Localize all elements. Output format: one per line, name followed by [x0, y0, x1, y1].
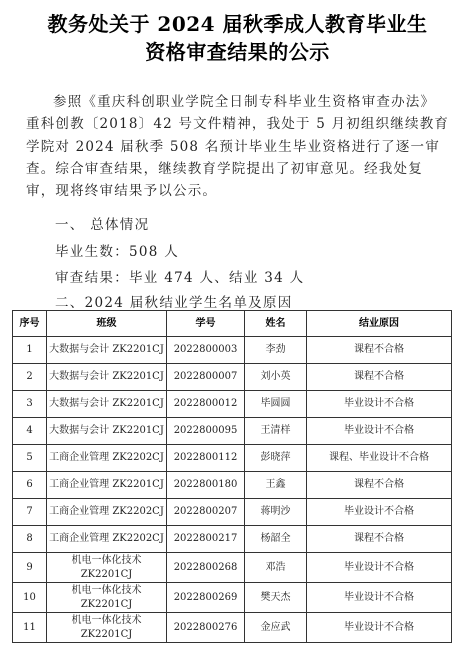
cell-no: 2 [13, 364, 47, 391]
cell-reason: 课程、毕业设计不合格 [307, 445, 452, 472]
cell-name: 王清样 [245, 418, 307, 445]
table-row: 3大数据与会计 ZK2201CJ2022800012毕圆圆毕业设计不合格 [13, 391, 452, 418]
cell-student-id: 2022800276 [167, 613, 245, 643]
class-line-1: 大数据与会计 ZK2201CJ [47, 424, 166, 438]
class-line-2: ZK2201CJ [47, 568, 166, 582]
cell-reason: 毕业设计不合格 [307, 583, 452, 613]
cell-reason: 毕业设计不合格 [307, 613, 452, 643]
cell-reason: 课程不合格 [307, 526, 452, 553]
graduates-count: 毕业生数：508 人 [55, 240, 179, 260]
cell-name: 王鑫 [245, 472, 307, 499]
cell-no: 1 [13, 337, 47, 364]
cell-student-id: 2022800012 [167, 391, 245, 418]
cell-reason: 毕业设计不合格 [307, 418, 452, 445]
cell-class: 大数据与会计 ZK2201CJ [47, 337, 167, 364]
class-line-1: 工商企业管理 ZK2202CJ [47, 451, 166, 465]
cell-class: 大数据与会计 ZK2201CJ [47, 391, 167, 418]
class-line-1: 机电一体化技术 [47, 614, 166, 628]
document-title-line-1: 教务处关于 2024 届秋季成人教育毕业生 [0, 8, 475, 37]
table-row: 2大数据与会计 ZK2201CJ2022800007刘小英课程不合格 [13, 364, 452, 391]
cell-class: 大数据与会计 ZK2201CJ [47, 418, 167, 445]
header-name: 姓名 [245, 311, 307, 337]
cell-no: 8 [13, 526, 47, 553]
table-row: 6工商企业管理 ZK2201CJ2022800180王鑫课程不合格 [13, 472, 452, 499]
class-line-1: 工商企业管理 ZK2202CJ [47, 505, 166, 519]
class-line-1: 机电一体化技术 [47, 584, 166, 598]
body-line: 学院对 2024 届秋季 508 名预计毕业生毕业资格进行了逐一审 [26, 136, 466, 158]
document-title-line-2: 资格审查结果的公示 [0, 36, 475, 65]
table-row: 11机电一体化技术ZK2201CJ2022800276金应武毕业设计不合格 [13, 613, 452, 643]
class-line-1: 工商企业管理 ZK2201CJ [47, 478, 166, 492]
cell-student-id: 2022800112 [167, 445, 245, 472]
header-no: 序号 [13, 311, 47, 337]
table-row: 1大数据与会计 ZK2201CJ2022800003李劲课程不合格 [13, 337, 452, 364]
cell-student-id: 2022800180 [167, 472, 245, 499]
cell-no: 9 [13, 553, 47, 583]
cell-class: 工商企业管理 ZK2201CJ [47, 472, 167, 499]
body-line: 参照《重庆科创职业学院全日制专科毕业生资格审查办法》 [26, 91, 466, 113]
cell-no: 10 [13, 583, 47, 613]
completion-students-table: 序号 班级 学号 姓名 结业原因 1大数据与会计 ZK2201CJ2022800… [12, 310, 452, 643]
table-row: 10机电一体化技术ZK2201CJ2022800269樊天杰毕业设计不合格 [13, 583, 452, 613]
review-result: 审查结果：毕业 474 人、结业 34 人 [55, 266, 304, 286]
cell-student-id: 2022800003 [167, 337, 245, 364]
cell-class: 工商企业管理 ZK2202CJ [47, 499, 167, 526]
cell-no: 5 [13, 445, 47, 472]
body-paragraph: 参照《重庆科创职业学院全日制专科毕业生资格审查办法》 重科创教〔2018〕42 … [26, 91, 466, 202]
cell-name: 杨韶全 [245, 526, 307, 553]
cell-student-id: 2022800007 [167, 364, 245, 391]
class-line-1: 大数据与会计 ZK2201CJ [47, 370, 166, 384]
cell-class: 机电一体化技术ZK2201CJ [47, 553, 167, 583]
header-student-id: 学号 [167, 311, 245, 337]
cell-class: 工商企业管理 ZK2202CJ [47, 445, 167, 472]
cell-student-id: 2022800268 [167, 553, 245, 583]
table-row: 7工商企业管理 ZK2202CJ2022800207蒋明沙毕业设计不合格 [13, 499, 452, 526]
cell-reason: 毕业设计不合格 [307, 553, 452, 583]
cell-student-id: 2022800207 [167, 499, 245, 526]
cell-no: 6 [13, 472, 47, 499]
cell-name: 彭晓萍 [245, 445, 307, 472]
body-line: 审，现将终审结果予以公示。 [26, 180, 466, 202]
class-line-1: 工商企业管理 ZK2202CJ [47, 532, 166, 546]
section-heading-list: 二、2024 届秋结业学生名单及原因 [55, 291, 293, 311]
class-line-2: ZK2201CJ [47, 628, 166, 642]
cell-no: 3 [13, 391, 47, 418]
cell-class: 工商企业管理 ZK2202CJ [47, 526, 167, 553]
cell-name: 樊天杰 [245, 583, 307, 613]
cell-name: 毕圆圆 [245, 391, 307, 418]
table-row: 5工商企业管理 ZK2202CJ2022800112彭晓萍课程、毕业设计不合格 [13, 445, 452, 472]
cell-reason: 毕业设计不合格 [307, 499, 452, 526]
cell-reason: 课程不合格 [307, 364, 452, 391]
cell-student-id: 2022800217 [167, 526, 245, 553]
header-class: 班级 [47, 311, 167, 337]
cell-reason: 课程不合格 [307, 472, 452, 499]
cell-name: 李劲 [245, 337, 307, 364]
class-line-2: ZK2201CJ [47, 598, 166, 612]
cell-class: 机电一体化技术ZK2201CJ [47, 613, 167, 643]
cell-name: 金应武 [245, 613, 307, 643]
cell-name: 蒋明沙 [245, 499, 307, 526]
table-row: 8工商企业管理 ZK2202CJ2022800217杨韶全课程不合格 [13, 526, 452, 553]
cell-reason: 毕业设计不合格 [307, 391, 452, 418]
table-row: 9机电一体化技术ZK2201CJ2022800268邓浩毕业设计不合格 [13, 553, 452, 583]
table-row: 4大数据与会计 ZK2201CJ2022800095王清样毕业设计不合格 [13, 418, 452, 445]
cell-student-id: 2022800095 [167, 418, 245, 445]
cell-class: 大数据与会计 ZK2201CJ [47, 364, 167, 391]
class-line-1: 机电一体化技术 [47, 554, 166, 568]
body-line: 查。综合审查结果，继续教育学院提出了初审意见。经我处复 [26, 158, 466, 180]
cell-student-id: 2022800269 [167, 583, 245, 613]
cell-reason: 课程不合格 [307, 337, 452, 364]
header-reason: 结业原因 [307, 311, 452, 337]
cell-no: 11 [13, 613, 47, 643]
cell-class: 机电一体化技术ZK2201CJ [47, 583, 167, 613]
section-heading-overview: 一、 总体情况 [55, 213, 149, 233]
body-line: 重科创教〔2018〕42 号文件精神，我处于 5 月初组织继续教育 [26, 113, 466, 135]
table-header-row: 序号 班级 学号 姓名 结业原因 [13, 311, 452, 337]
cell-no: 4 [13, 418, 47, 445]
cell-name: 刘小英 [245, 364, 307, 391]
class-line-1: 大数据与会计 ZK2201CJ [47, 343, 166, 357]
cell-name: 邓浩 [245, 553, 307, 583]
cell-no: 7 [13, 499, 47, 526]
class-line-1: 大数据与会计 ZK2201CJ [47, 397, 166, 411]
